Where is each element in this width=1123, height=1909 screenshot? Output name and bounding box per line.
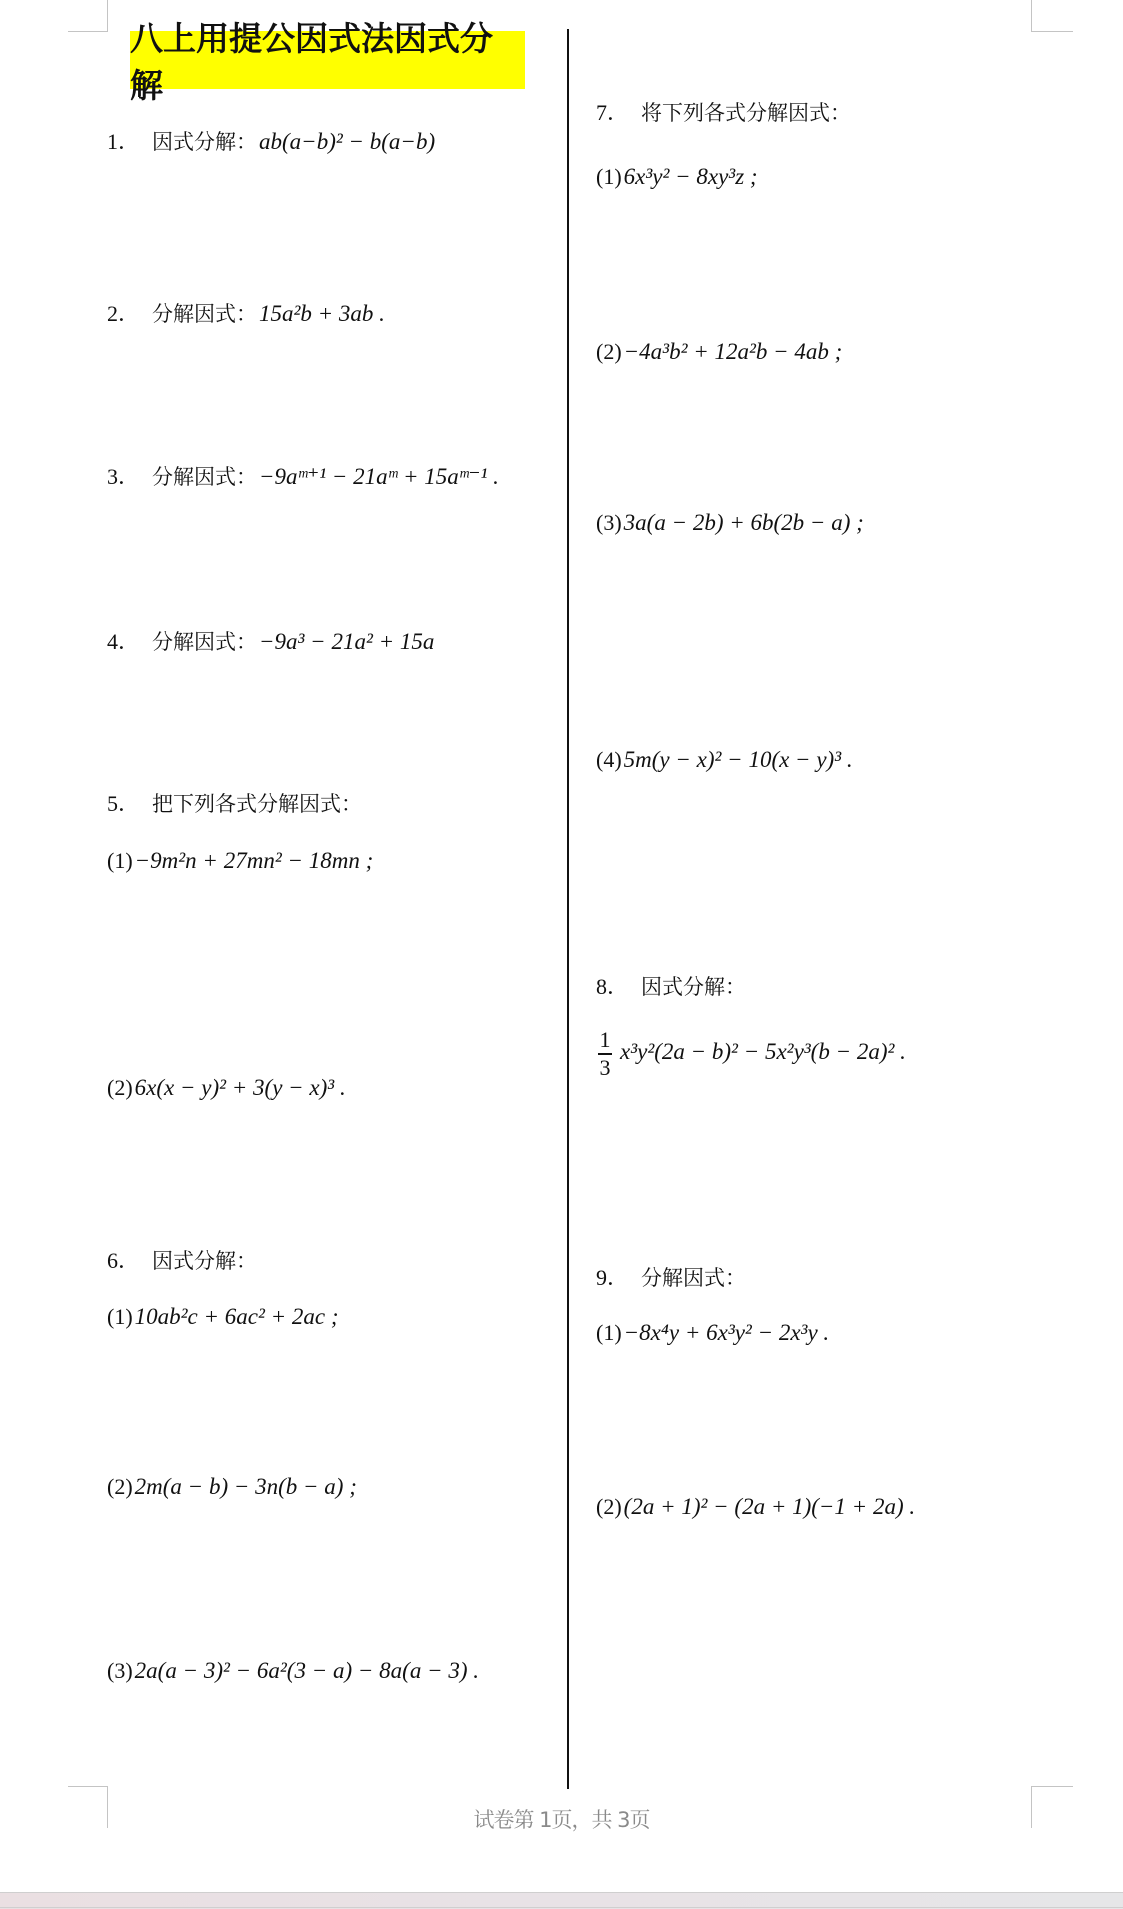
math-expression: 3a(a − 2b) + 6b(2b − a) ; (624, 509, 864, 537)
question-prompt: 因式分解： (152, 1247, 257, 1275)
question-number: 5． (107, 790, 140, 818)
question-number: 4． (107, 628, 140, 656)
question-number: 8． (596, 973, 629, 1001)
question-9-part-1: (1) −8x⁴y + 6x³y² − 2x³y . (596, 1319, 829, 1347)
page-title: 八上用提公因式法因式分解 (130, 31, 525, 89)
document-page: 八上用提公因式法因式分解 1． 因式分解： ab(a−b)² − b(a−b) … (0, 0, 1123, 1892)
question-prompt: 因式分解： (641, 973, 746, 1001)
math-expression: −8x⁴y + 6x³y² − 2x³y . (624, 1319, 830, 1347)
page-footer: 试卷第 1页，共 3页 (0, 1804, 1123, 1834)
part-label: (3) (596, 509, 622, 537)
question-5-part-2: (2) 6x(x − y)² + 3(y − x)³ . (107, 1074, 346, 1102)
question-7-part-1: (1) 6x³y² − 8xy³z ; (596, 163, 758, 191)
part-label: (1) (596, 163, 622, 191)
question-5: 5． 把下列各式分解因式： (107, 790, 362, 818)
question-7-part-3: (3) 3a(a − 2b) + 6b(2b − a) ; (596, 509, 864, 537)
question-9-part-2: (2) (2a + 1)² − (2a + 1)(−1 + 2a) . (596, 1493, 915, 1521)
part-label: (1) (596, 1319, 622, 1347)
crop-mark-top-left-h (68, 31, 108, 32)
math-expression: 15a²b + 3ab . (259, 300, 385, 328)
question-8: 8． 因式分解： (596, 973, 746, 1001)
bottom-bar-line (0, 1907, 1123, 1908)
part-label: (2) (596, 338, 622, 366)
math-expression: 10ab²c + 6ac² + 2ac ; (135, 1303, 339, 1331)
crop-mark-top-right-h (1031, 31, 1073, 32)
question-5-part-1: (1) −9m²n + 27mn² − 18mn ; (107, 847, 373, 875)
question-9: 9． 分解因式： (596, 1264, 746, 1292)
part-label: (2) (596, 1493, 622, 1521)
math-expression: −9aᵐ⁺¹ − 21aᵐ + 15aᵐ⁻¹ . (259, 463, 499, 491)
math-expression: −9m²n + 27mn² − 18mn ; (135, 847, 374, 875)
question-6-part-1: (1) 10ab²c + 6ac² + 2ac ; (107, 1303, 339, 1331)
math-expression: 2m(a − b) − 3n(b − a) ; (135, 1473, 357, 1501)
question-prompt: 分解因式： (152, 463, 257, 491)
question-6-part-2: (2) 2m(a − b) − 3n(b − a) ; (107, 1473, 357, 1501)
math-expression: 2a(a − 3)² − 6a²(3 − a) − 8a(a − 3) . (135, 1657, 479, 1685)
math-expression: 5m(y − x)² − 10(x − y)³ . (624, 746, 853, 774)
math-expression: (2a + 1)² − (2a + 1)(−1 + 2a) . (624, 1493, 915, 1521)
column-divider (567, 29, 569, 1789)
part-label: (2) (107, 1074, 133, 1102)
question-number: 6． (107, 1247, 140, 1275)
question-6-part-3: (3) 2a(a − 3)² − 6a²(3 − a) − 8a(a − 3) … (107, 1657, 479, 1685)
crop-mark-top-right-v (1031, 0, 1032, 31)
part-label: (1) (107, 847, 133, 875)
question-prompt: 把下列各式分解因式： (152, 790, 362, 818)
question-prompt: 分解因式： (152, 628, 257, 656)
math-expression: −4a³b² + 12a²b − 4ab ; (624, 338, 843, 366)
question-6: 6． 因式分解： (107, 1247, 257, 1275)
math-expression: x³y²(2a − b)² − 5x²y³(b − 2a)² . (620, 1038, 906, 1066)
question-number: 1． (107, 128, 140, 156)
question-prompt: 将下列各式分解因式： (641, 99, 851, 127)
part-label: (1) (107, 1303, 133, 1331)
question-4: 4． 分解因式： −9a³ − 21a² + 15a (107, 628, 434, 656)
question-prompt: 分解因式： (152, 300, 257, 328)
fraction-numerator: 1 (600, 1029, 611, 1051)
question-7-part-4: (4) 5m(y − x)² − 10(x − y)³ . (596, 746, 853, 774)
fraction-one-third: 1 3 (598, 1029, 612, 1079)
question-7: 7． 将下列各式分解因式： (596, 99, 851, 127)
fraction-denominator: 3 (600, 1057, 611, 1079)
question-number: 2． (107, 300, 140, 328)
part-label: (3) (107, 1657, 133, 1685)
question-7-part-2: (2) −4a³b² + 12a²b − 4ab ; (596, 338, 842, 366)
crop-mark-top-left-v (107, 0, 108, 31)
crop-mark-bottom-right-h (1031, 1786, 1073, 1787)
math-expression: 6x(x − y)² + 3(y − x)³ . (135, 1074, 346, 1102)
question-prompt: 分解因式： (641, 1264, 746, 1292)
question-number: 9． (596, 1264, 629, 1292)
viewer-bottom-bar (0, 1892, 1123, 1909)
math-expression: 6x³y² − 8xy³z ; (624, 163, 758, 191)
math-expression: ab(a−b)² − b(a−b) (259, 128, 435, 156)
question-prompt: 因式分解： (152, 128, 257, 156)
question-number: 7． (596, 99, 629, 127)
crop-mark-bottom-left-h (68, 1786, 108, 1787)
question-3: 3． 分解因式： −9aᵐ⁺¹ − 21aᵐ + 15aᵐ⁻¹ . (107, 463, 499, 491)
part-label: (2) (107, 1473, 133, 1501)
question-2: 2． 分解因式： 15a²b + 3ab . (107, 300, 385, 328)
question-8-expression: 1 3 x³y²(2a − b)² − 5x²y³(b − 2a)² . (598, 1030, 906, 1074)
part-label: (4) (596, 746, 622, 774)
question-1: 1． 因式分解： ab(a−b)² − b(a−b) (107, 128, 435, 156)
question-number: 3． (107, 463, 140, 491)
math-expression: −9a³ − 21a² + 15a (259, 628, 434, 656)
